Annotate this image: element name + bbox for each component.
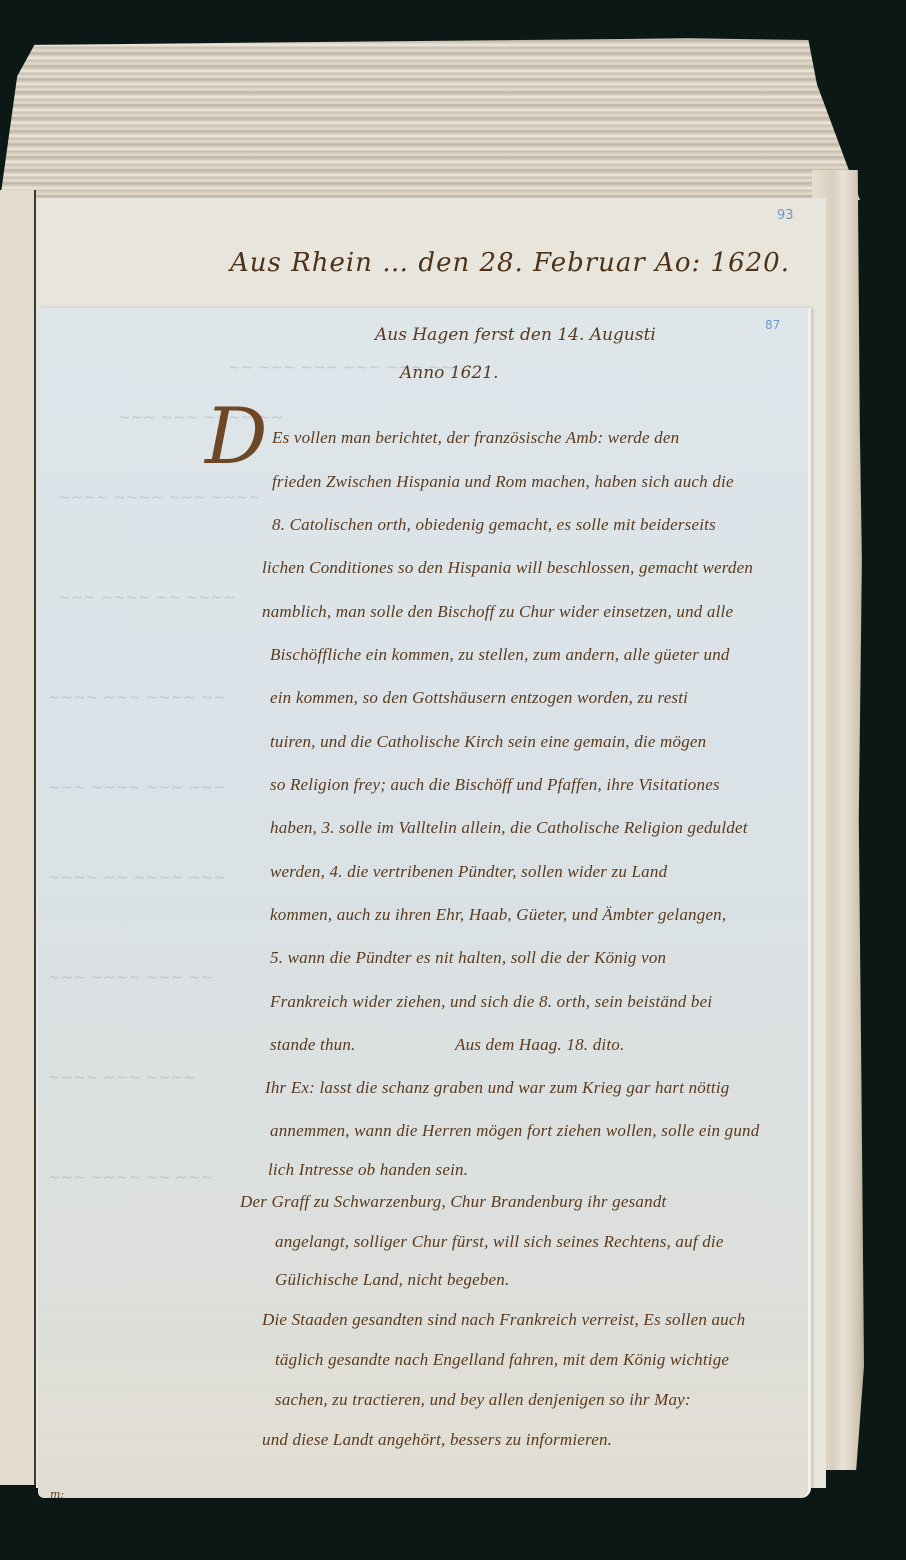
page-stack-edges bbox=[0, 35, 860, 200]
text-line: tuiren, und die Catholische Kirch sein e… bbox=[270, 732, 706, 752]
bleed-through-text: ~~~ ~~~~ ~~~ ~~ bbox=[48, 968, 213, 986]
text-line: lich Intresse ob handen sein. bbox=[268, 1160, 468, 1180]
bleed-through-text: ~~~~ ~~~~ ~~~ ~~~~ bbox=[58, 488, 261, 506]
text-line: ein kommen, so den Gottshäusern entzogen… bbox=[270, 688, 688, 708]
text-line: werden, 4. die vertribenen Pündter, soll… bbox=[270, 862, 667, 882]
text-line: Die Staaden gesandten sind nach Frankrei… bbox=[262, 1310, 745, 1330]
text-line: angelangt, solliger Chur fürst, will sic… bbox=[275, 1232, 724, 1252]
text-line: Bischöffliche ein kommen, zu stellen, zu… bbox=[270, 645, 730, 665]
section-subheading: Aus dem Haag. 18. dito. bbox=[455, 1035, 624, 1055]
text-line: so Religion frey; auch die Bischöff und … bbox=[270, 775, 720, 795]
bottom-margin-mark: m: bbox=[50, 1488, 64, 1501]
text-line: namblich, man solle den Bischoff zu Chur… bbox=[262, 602, 733, 622]
bleed-through-text: ~~~~ ~~ ~~~~ ~~~ bbox=[48, 868, 226, 886]
text-line: Es vollen man berichtet, der französisch… bbox=[272, 428, 679, 448]
back-page-heading: Aus Rhein … den 28. Februar Ao: 1620. bbox=[230, 248, 790, 278]
text-line: lichen Conditiones so den Hispania will … bbox=[262, 558, 753, 578]
bleed-through-text: ~~~ ~~~~ ~~ ~~~ bbox=[48, 1168, 213, 1186]
text-line: Frankreich wider ziehen, und sich die 8.… bbox=[270, 992, 712, 1012]
text-line: Der Graff zu Schwarzenburg, Chur Branden… bbox=[240, 1192, 666, 1212]
left-facing-page bbox=[0, 190, 36, 1485]
bleed-through-text: ~~~ ~~~~ ~~ ~~~~ bbox=[58, 588, 236, 606]
text-line: Ihr Ex: lasst die schanz graben und war … bbox=[265, 1078, 729, 1098]
text-line: Gülichische Land, nicht begeben. bbox=[275, 1270, 509, 1290]
text-line: täglich gesandte nach Engelland fahren, … bbox=[275, 1350, 729, 1370]
text-line: 5. wann die Pündter es nit halten, soll … bbox=[270, 948, 666, 968]
text-line: frieden Zwischen Hispania und Rom machen… bbox=[272, 472, 734, 492]
back-page-folio-number: 93 bbox=[777, 208, 794, 223]
decorated-initial-letter: D bbox=[205, 398, 268, 476]
bleed-through-text: ~~~ ~~~~ ~~~ ~~~ bbox=[48, 778, 226, 796]
bleed-through-text: ~~~~ ~~~ ~~~~ ~~ bbox=[48, 688, 226, 706]
text-line: stande thun. bbox=[270, 1035, 356, 1055]
text-line: kommen, auch zu ihren Ehr, Haab, Güeter,… bbox=[270, 905, 726, 925]
bleed-through-text: ~~~~ ~~~ ~~~~ bbox=[48, 1068, 196, 1086]
text-line: annemmen, wann die Herren mögen fort zie… bbox=[270, 1121, 759, 1141]
text-line: haben, 3. solle im Valltelin allein, die… bbox=[270, 818, 748, 838]
text-line: und diese Landt angehört, bessers zu inf… bbox=[262, 1430, 612, 1450]
front-page-folio-number: 87 bbox=[765, 318, 780, 332]
letter-heading-year: Anno 1621. bbox=[400, 363, 498, 383]
text-line: 8. Catolischen orth, obiedenig gemacht, … bbox=[272, 515, 716, 535]
letter-heading-place-date: Aus Hagen ferst den 14. Augusti bbox=[375, 325, 656, 345]
text-line: sachen, zu tractieren, und bey allen den… bbox=[275, 1390, 691, 1410]
